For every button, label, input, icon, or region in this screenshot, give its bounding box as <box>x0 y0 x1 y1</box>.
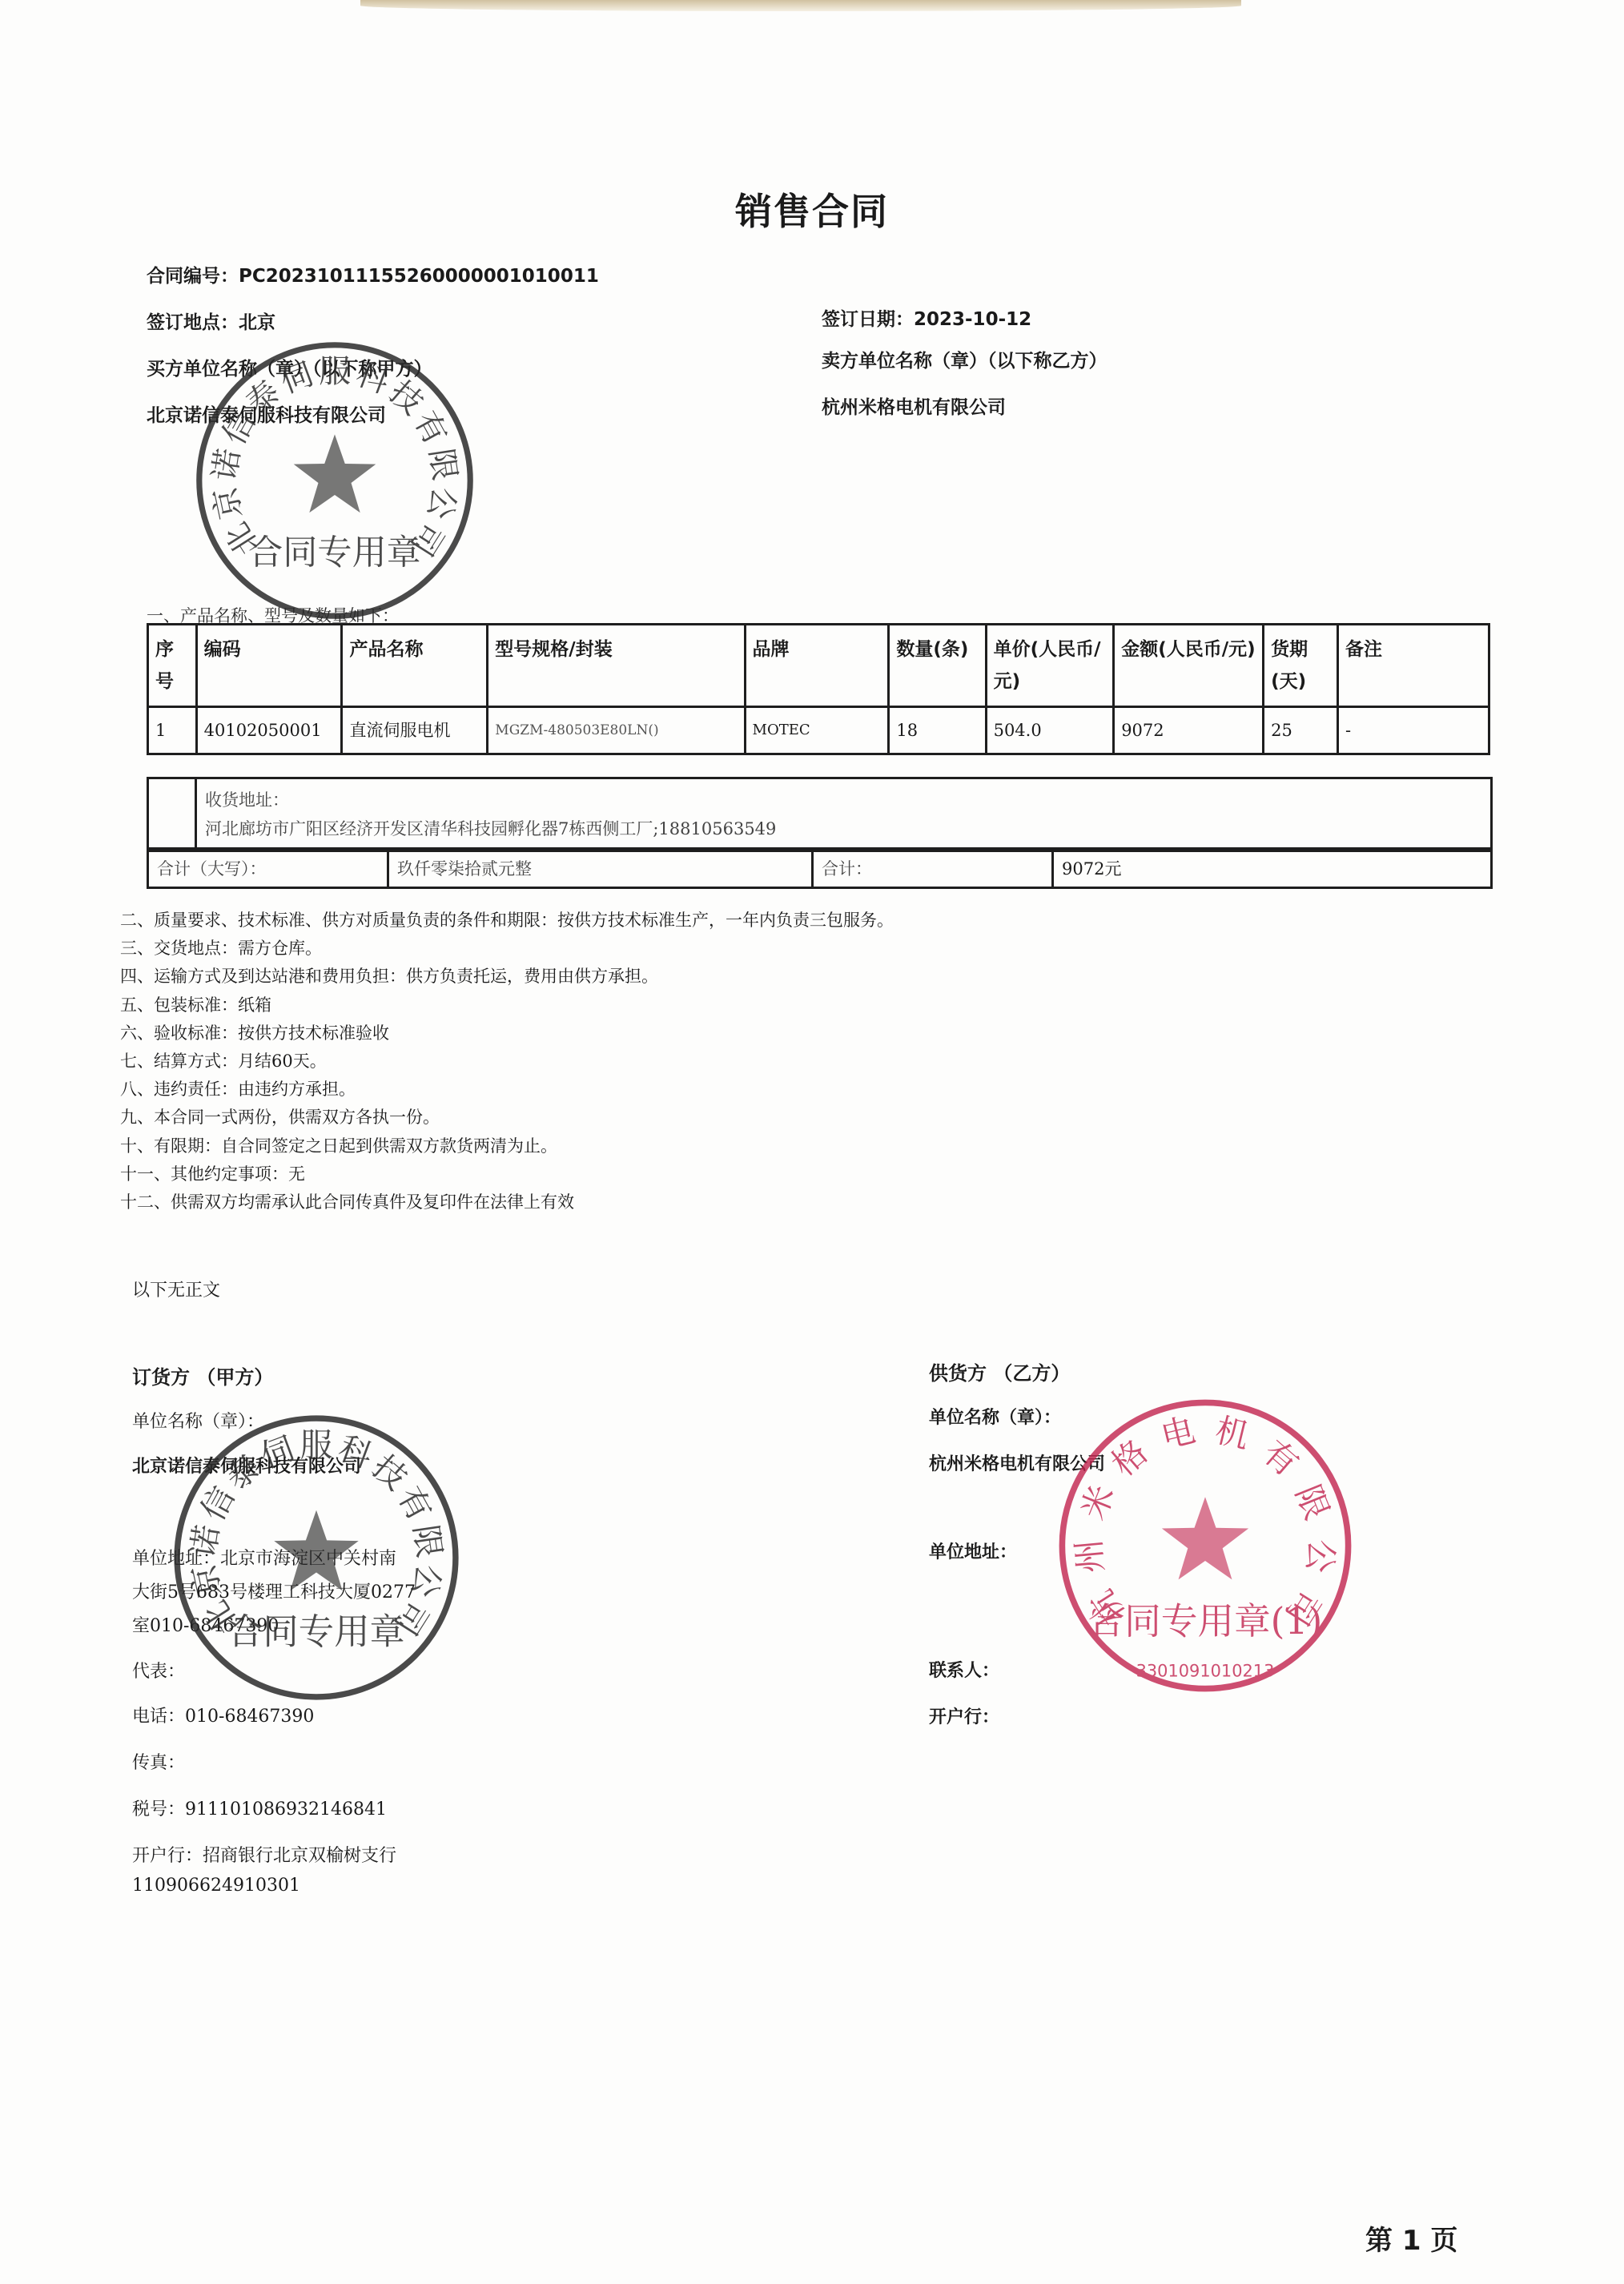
delivery-total-table: 收货地址： 河北廊坊市广阳区经济开发区清华科技园孵化器7栋西侧工厂;188105… <box>147 777 1493 852</box>
cell-unit-price: 504.0 <box>986 707 1114 754</box>
delivery-address: 河北廊坊市广阳区经济开发区清华科技园孵化器7栋西侧工厂;18810563549 <box>205 814 1482 843</box>
term-item: 九、本合同一式两份，供需双方各执一份。 <box>120 1104 894 1132</box>
table-header-row: 序号 编码 产品名称 型号规格/封装 品牌 数量(条) 单价(人民币/元) 金额… <box>148 625 1489 707</box>
total-words-label: 合计（大写）： <box>148 849 388 888</box>
cell-code: 40102050001 <box>196 707 342 754</box>
term-item: 十一、其他约定事项：无 <box>120 1160 894 1188</box>
address-line: 室010-68467390 <box>132 1610 416 1643</box>
svg-text:合同专用章(1): 合同专用章(1) <box>1088 1600 1323 1643</box>
buyer-name: 北京诺信泰伺服科技有限公司 <box>147 400 386 427</box>
svg-text:有: 有 <box>390 1480 440 1527</box>
party-a-name: 北京诺信泰伺服科技有限公司 <box>132 1453 361 1478</box>
svg-text:限: 限 <box>422 446 463 483</box>
header-cell: 序号 <box>148 625 197 707</box>
header-cell: 金额(人民币/元) <box>1114 625 1264 707</box>
sign-date: 签订日期：2023-10-12 <box>822 304 1031 331</box>
term-item: 五、包装标准：纸箱 <box>120 991 894 1019</box>
table-row: 1 40102050001 直流伺服电机 MGZM-480503E80LN() … <box>148 707 1489 754</box>
party-a-bank: 开户行：招商银行北京双榆树支行 <box>132 1842 396 1867</box>
contract-no-label: 合同编号： <box>147 266 239 287</box>
party-b-heading: 供货方 （乙方） <box>929 1357 1070 1385</box>
svg-text:机: 机 <box>1212 1410 1253 1456</box>
party-a-tax: 税号：911101086932146841 <box>132 1795 387 1820</box>
svg-text:信: 信 <box>193 1480 243 1527</box>
party-a-phone: 电话：010-68467390 <box>132 1703 314 1727</box>
total-amount: 9072元 <box>1053 849 1492 888</box>
party-a-address: 单位地址：北京市海淀区中关村南 大街5号683号楼理工科技大厦0277 室010… <box>132 1542 416 1643</box>
contract-no-value: PC20231011155260000001010011 <box>239 266 599 287</box>
buyer-label: 买方单位名称（章）（以下称甲方） <box>147 354 432 380</box>
header-cell: 型号规格/封装 <box>488 625 745 707</box>
svg-text:京: 京 <box>207 484 249 522</box>
term-item: 十、有限期：自合同签定之日起到供需双方款货两清为止。 <box>120 1132 894 1160</box>
scan-artifact <box>360 0 1241 11</box>
cell-lead-time: 25 <box>1264 707 1338 754</box>
address-line: 单位地址：北京市海淀区中关村南 <box>132 1542 416 1576</box>
cell-remark: - <box>1338 707 1489 754</box>
cell-model: MGZM-480503E80LN() <box>488 707 745 754</box>
cell-amount: 9072 <box>1114 707 1264 754</box>
sign-place: 签订地点：北京 <box>147 308 275 334</box>
total-table: 合计（大写）： 玖仟零柒拾贰元整 合计： 9072元 <box>147 847 1493 889</box>
svg-text:有: 有 <box>1256 1432 1307 1483</box>
svg-text:诺: 诺 <box>207 446 247 483</box>
svg-text:合同专用章: 合同专用章 <box>248 533 421 573</box>
product-table: 序号 编码 产品名称 型号规格/封装 品牌 数量(条) 单价(人民币/元) 金额… <box>147 623 1490 755</box>
term-item: 八、违约责任：由违约方承担。 <box>120 1076 894 1104</box>
party-b-contact-label: 联系人： <box>929 1657 999 1682</box>
contract-number: 合同编号：PC20231011155260000001010011 <box>147 261 599 288</box>
svg-text:技: 技 <box>382 374 430 423</box>
header-cell: 单价(人民币/元) <box>986 625 1114 707</box>
svg-text:限: 限 <box>1288 1479 1337 1525</box>
delivery-row: 收货地址： 河北廊坊市广阳区经济开发区清华科技园孵化器7栋西侧工厂;188105… <box>148 778 1492 851</box>
party-a-fax-label: 传真： <box>132 1749 185 1774</box>
address-line: 大街5号683号楼理工科技大厦0277 <box>132 1576 416 1610</box>
party-b-address-label: 单位地址： <box>929 1538 1017 1563</box>
svg-text:电: 电 <box>1157 1410 1199 1456</box>
bank-value: 招商银行北京双榆树支行 <box>203 1846 396 1866</box>
header-cell: 品牌 <box>745 625 889 707</box>
term-item: 二、质量要求、技术标准、供方对质量负责的条件和期限：按供方技术标准生产，一年内负… <box>120 907 894 935</box>
svg-text:州: 州 <box>1069 1538 1111 1574</box>
page-number: 第 1 页 <box>1365 2218 1457 2258</box>
sign-date-label: 签订日期： <box>822 309 914 330</box>
header-cell: 备注 <box>1338 625 1489 707</box>
delivery-cell: 收货地址： 河北廊坊市广阳区经济开发区清华科技园孵化器7栋西侧工厂;188105… <box>196 778 1492 851</box>
term-item: 四、运输方式及到达站港和费用负担：供方负责托运，费用由供方承担。 <box>120 963 894 991</box>
term-item: 六、验收标准：按供方技术标准验收 <box>120 1019 894 1048</box>
svg-text:3301091010213: 3301091010213 <box>1136 1661 1275 1680</box>
party-b-bank-label: 开户行： <box>929 1703 999 1728</box>
svg-text:司: 司 <box>403 516 451 562</box>
seller-label: 卖方单位名称（章）（以下称乙方） <box>822 346 1107 372</box>
party-b-seal-stamp: 杭州米格电机有限公司合同专用章(1)3301091010213 <box>1053 1381 1357 1710</box>
total-row: 合计（大写）： 玖仟零柒拾贰元整 合计： 9072元 <box>148 849 1492 888</box>
end-note: 以下无正文 <box>132 1277 220 1301</box>
svg-text:格: 格 <box>1104 1432 1156 1483</box>
term-item: 十二、供需双方均需承认此合同传真件及复印件在法律上有效 <box>120 1188 894 1216</box>
party-b-name: 杭州米格电机有限公司 <box>929 1450 1105 1475</box>
party-a-heading: 订货方 （甲方） <box>132 1361 273 1389</box>
cell-brand: MOTEC <box>745 707 889 754</box>
party-a-account: 110906624910301 <box>132 1876 300 1896</box>
term-item: 三、交货地点：需方仓库。 <box>120 935 894 963</box>
total-label: 合计： <box>813 849 1053 888</box>
total-words: 玖仟零柒拾贰元整 <box>388 849 813 888</box>
header-cell: 产品名称 <box>342 625 488 707</box>
tax-value: 911101086932146841 <box>185 1799 387 1820</box>
party-a-rep-label: 代表： <box>132 1658 185 1683</box>
svg-text:米: 米 <box>1073 1479 1122 1525</box>
party-b-name-label: 单位名称（章）： <box>929 1404 1061 1429</box>
header-cell: 数量(条) <box>889 625 986 707</box>
document-title: 销售合同 <box>735 183 889 235</box>
cell-product-name: 直流伺服电机 <box>342 707 488 754</box>
svg-text:公: 公 <box>1300 1538 1342 1574</box>
seller-name: 杭州米格电机有限公司 <box>822 392 1006 419</box>
svg-text:技: 技 <box>365 1447 415 1498</box>
tax-label: 税号： <box>132 1799 185 1820</box>
header-cell: 货期(天) <box>1264 625 1338 707</box>
phone-value: 010-68467390 <box>185 1707 314 1727</box>
svg-text:北: 北 <box>219 516 267 562</box>
seal-graphic: 杭州米格电机有限公司合同专用章(1)3301091010213 <box>1053 1381 1357 1710</box>
term-item: 七、结算方式：月结60天。 <box>120 1048 894 1076</box>
party-a-name-label: 单位名称（章）： <box>132 1408 264 1433</box>
delivery-spacer <box>148 778 196 851</box>
svg-text:公: 公 <box>420 484 463 522</box>
cell-quantity: 18 <box>889 707 986 754</box>
cell-index: 1 <box>148 707 197 754</box>
svg-text:杭: 杭 <box>1082 1583 1133 1633</box>
sign-date-value: 2023-10-12 <box>914 309 1031 330</box>
terms-list: 二、质量要求、技术标准、供方对质量负责的条件和期限：按供方技术标准生产，一年内负… <box>120 907 894 1216</box>
phone-label: 电话： <box>132 1707 185 1727</box>
bank-label: 开户行： <box>132 1846 203 1866</box>
sign-place-label: 签订地点： <box>147 312 239 333</box>
svg-text:司: 司 <box>1277 1583 1329 1633</box>
header-cell: 编码 <box>196 625 342 707</box>
delivery-address-label: 收货地址： <box>205 786 1482 814</box>
sign-place-value: 北京 <box>239 312 275 333</box>
svg-text:有: 有 <box>407 405 454 451</box>
